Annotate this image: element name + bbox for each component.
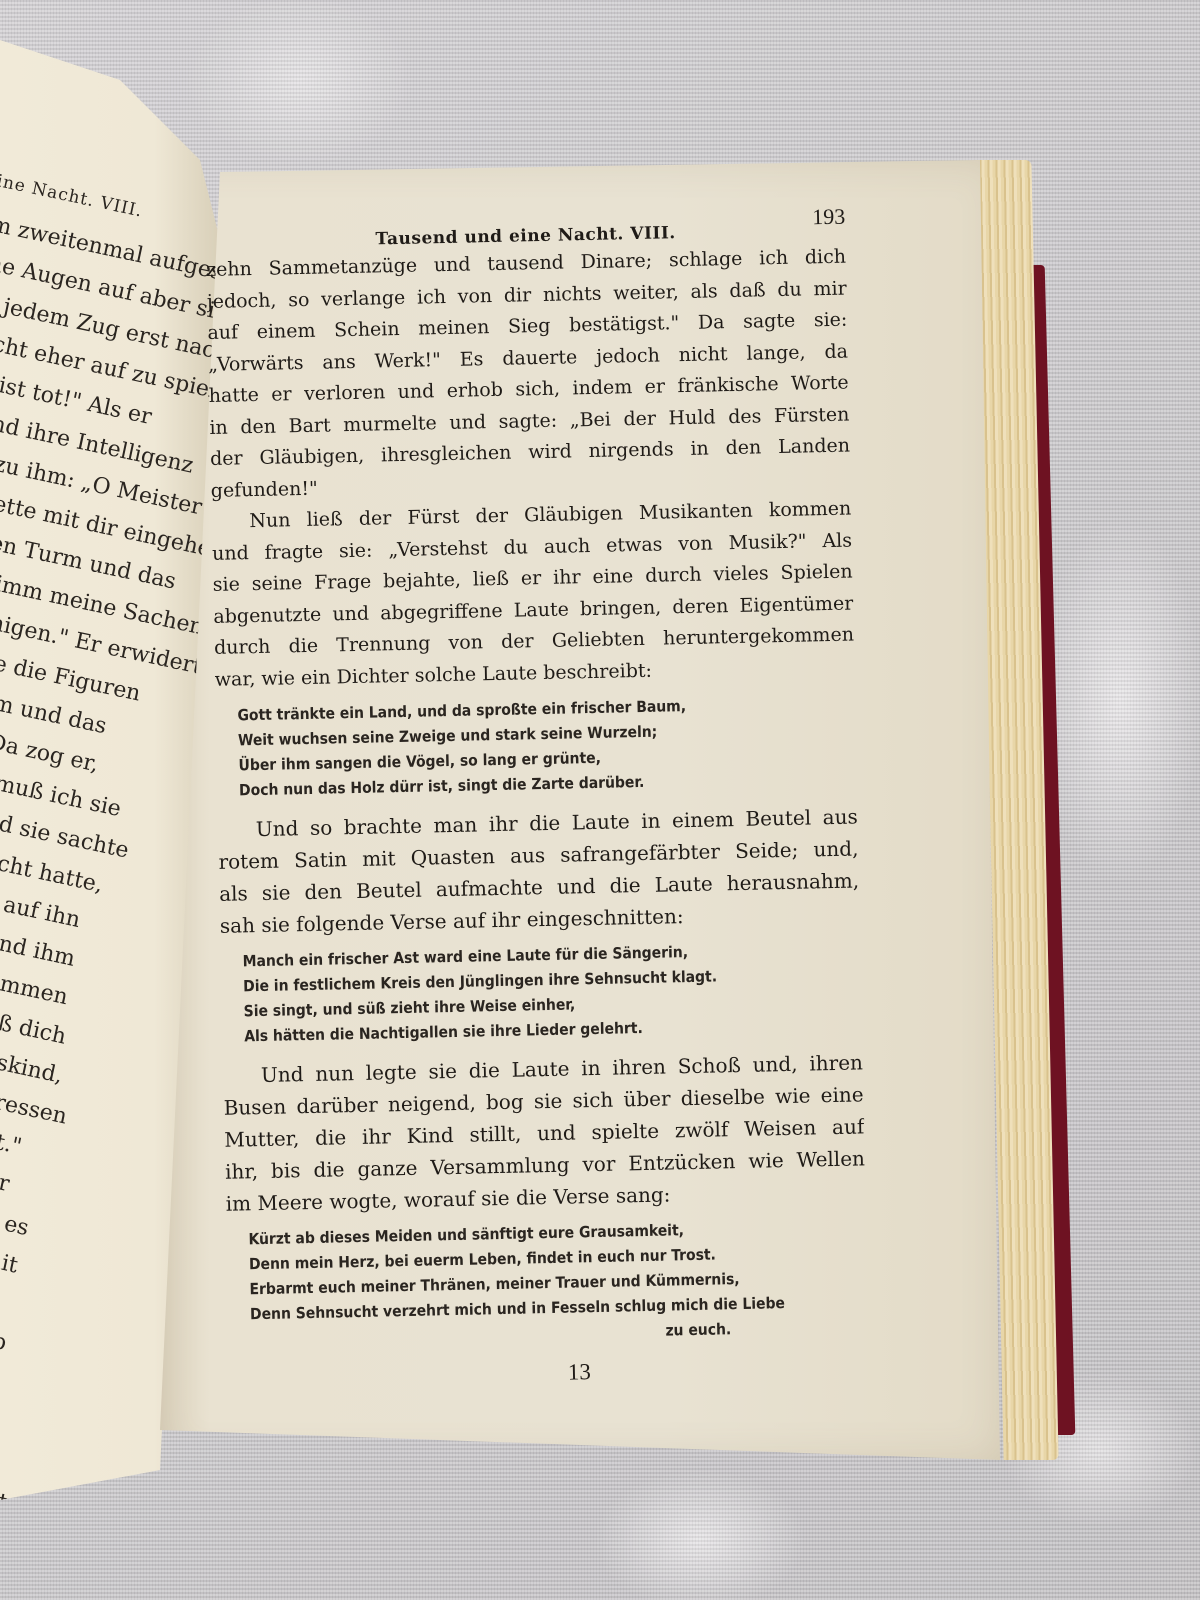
page-number: 193: [812, 204, 846, 231]
running-head-title: Tausend und eine Nacht. VIII.: [375, 223, 676, 249]
verse-1: Gott tränkte ein Land, und da sproßte ei…: [237, 690, 857, 803]
paragraph-2: Nun ließ der Fürst der Gläubigen Musikan…: [211, 494, 855, 696]
verse-3: Kürzt ab dieses Meiden und sänftigt eure…: [248, 1214, 868, 1352]
right-page-text: Tausend und eine Nacht. VIII. 193 zehn S…: [205, 202, 870, 1393]
verse-2: Manch ein frischer Ast ward eine Laute f…: [242, 936, 862, 1049]
paragraph-4: Und nun legte sie die Laute in ihren Sch…: [223, 1046, 866, 1219]
paragraph-3: Und so brachte man ihr die Laute in eine…: [218, 800, 861, 941]
paragraph-1: zehn Sammetanzüge und tausend Dinare; sc…: [206, 242, 851, 507]
